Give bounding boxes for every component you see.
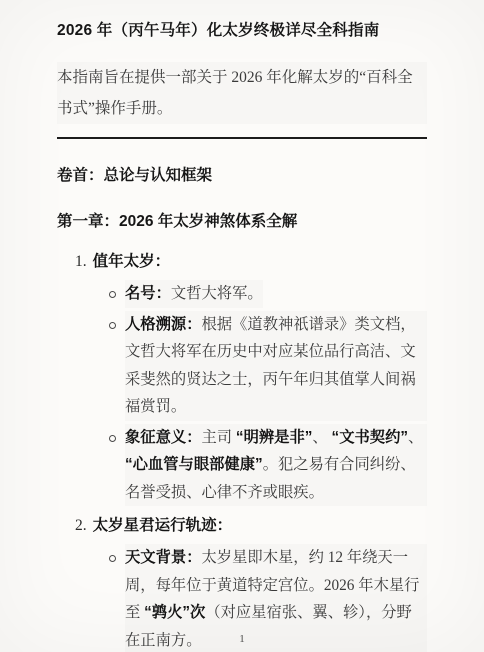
list-item-2: 2.太岁星君运行轨迹： 天文背景：太岁星即木星，约 12 年绕天一周，每年位于黄…: [57, 513, 427, 652]
item-title: 值年太岁：: [93, 253, 171, 270]
text-segment: “明辨是非”: [236, 429, 313, 446]
chapter-heading: 第一章：2026 年太岁神煞体系全解: [57, 211, 427, 232]
circle-bullet-icon: [109, 555, 116, 562]
sub-bullet-list: 名号：文哲大将军。 人格溯源：根据《道教神祇谱录》类文档，文哲大将军在历史中对应…: [57, 280, 427, 506]
outline-list: 1.值年太岁： 名号：文哲大将军。 人格溯源：根据《道教神祇谱录》类文档，文哲大…: [57, 249, 427, 652]
list-item-1: 1.值年太岁： 名号：文哲大将军。 人格溯源：根据《道教神祇谱录》类文档，文哲大…: [57, 249, 427, 506]
text-segment: 、: [408, 429, 423, 446]
item-number: 2.: [75, 517, 87, 534]
text-segment: 主司: [202, 429, 236, 446]
item-number: 1.: [75, 253, 87, 270]
list-item-heading: 1.值年太岁：: [57, 249, 427, 274]
text-segment: “鹑火”次: [144, 604, 205, 621]
document-page: 2026 年（丙午马年）化太岁终极详尽全科指南 本指南旨在提供一部关于 2026…: [0, 0, 484, 652]
circle-bullet-icon: [109, 322, 116, 329]
bullet-item: 名号：文哲大将军。: [109, 280, 427, 308]
circle-bullet-icon: [109, 291, 116, 298]
bullet-item: 人格溯源：根据《道教神祇谱录》类文档，文哲大将军在历史中对应某位品行高洁、文采斐…: [109, 311, 427, 421]
text-segment: 人格溯源：: [125, 316, 202, 333]
text-segment: 、: [312, 429, 331, 446]
bullet-item: 象征意义：主司 “明辨是非”、 “文书契约”、 “心血管与眼部健康”。犯之易有合…: [109, 424, 427, 507]
text-segment: 名号：: [125, 285, 171, 302]
text-segment: 象征意义：: [125, 429, 202, 446]
circle-bullet-icon: [109, 435, 116, 442]
bullet-text: 名号：文哲大将军。: [125, 280, 263, 308]
text-segment: 文哲大将军。: [171, 285, 263, 302]
text-segment: “文书契约”: [332, 429, 409, 446]
list-item-heading: 2.太岁星君运行轨迹：: [57, 513, 427, 538]
document-title: 2026 年（丙午马年）化太岁终极详尽全科指南: [57, 20, 427, 42]
intro-paragraph: 本指南旨在提供一部关于 2026 年化解太岁的“百科全书式”操作手册。: [57, 62, 427, 124]
section-divider: [57, 137, 427, 139]
text-segment: “心血管与眼部健康”: [125, 456, 263, 473]
bullet-text: 人格溯源：根据《道教神祇谱录》类文档，文哲大将军在历史中对应某位品行高洁、文采斐…: [125, 311, 427, 421]
item-title: 太岁星君运行轨迹：: [93, 517, 233, 534]
text-segment: 天文背景：: [125, 549, 202, 566]
page-number: 1: [0, 633, 484, 645]
preface-heading: 卷首：总论与认知框架: [57, 165, 427, 186]
bullet-text: 象征意义：主司 “明辨是非”、 “文书契约”、 “心血管与眼部健康”。犯之易有合…: [125, 424, 427, 507]
